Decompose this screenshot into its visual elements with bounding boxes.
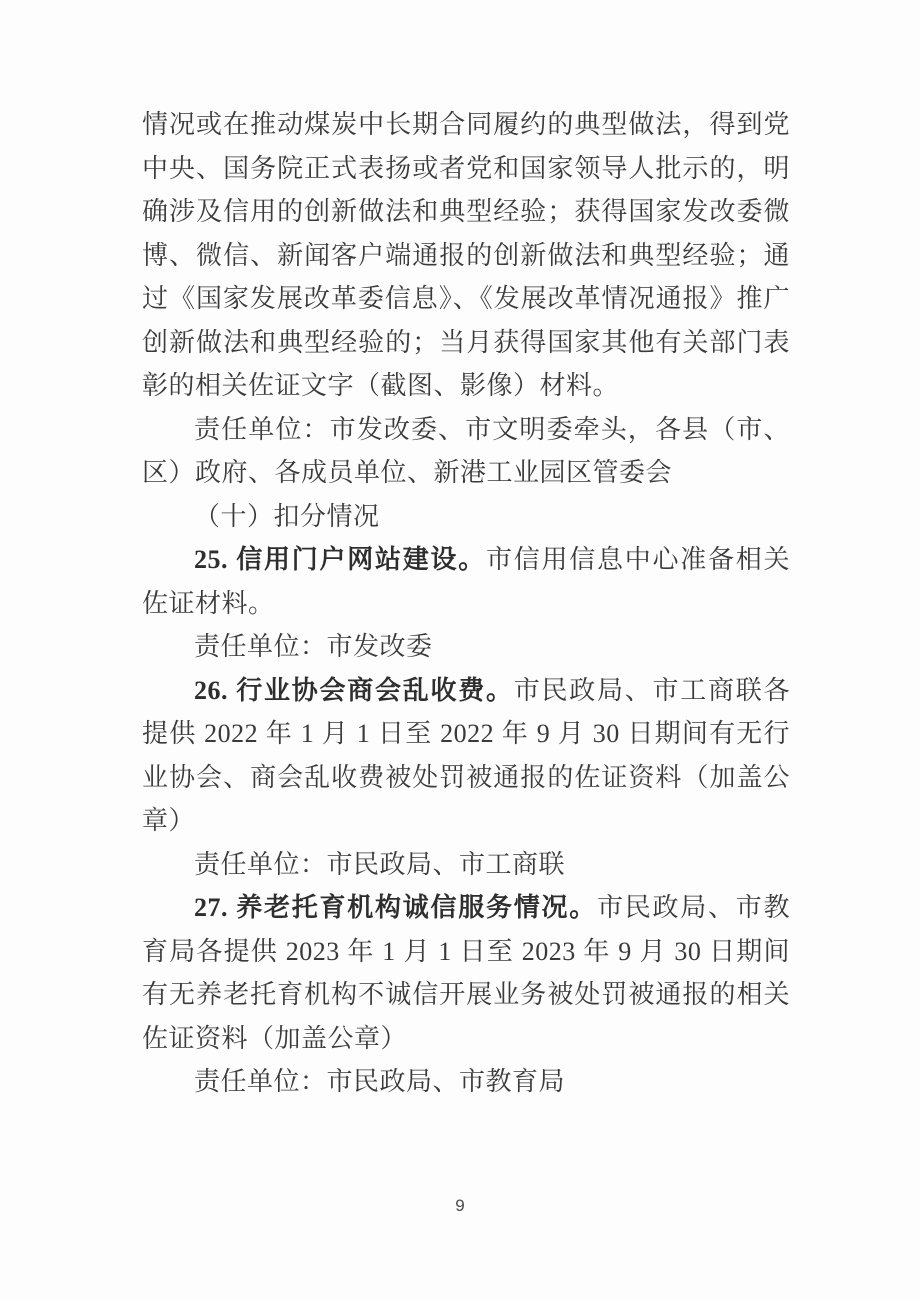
item-25-title: 25. 信用门户网站建设。	[194, 545, 486, 574]
paragraph-continuation: 情况或在推动煤炭中长期合同履约的典型做法，得到党中央、国务院正式表扬或者党和国家…	[142, 103, 790, 408]
responsibility-line-2: 责任单位：市发改委	[142, 625, 790, 669]
document-page: 情况或在推动煤炭中长期合同履约的典型做法，得到党中央、国务院正式表扬或者党和国家…	[0, 0, 920, 1301]
responsibility-line-3: 责任单位：市民政局、市工商联	[142, 843, 790, 887]
item-27: 27. 养老托育机构诚信服务情况。市民政局、市教育局各提供 2023 年 1 月…	[142, 886, 790, 1060]
page-number: 9	[0, 1196, 920, 1216]
item-26-title: 26. 行业协会商会乱收费。	[194, 676, 514, 705]
responsibility-line-4: 责任单位：市民政局、市教育局	[142, 1060, 790, 1104]
document-body: 情况或在推动煤炭中长期合同履约的典型做法，得到党中央、国务院正式表扬或者党和国家…	[142, 103, 790, 1104]
item-27-title: 27. 养老托育机构诚信服务情况。	[194, 893, 597, 922]
section-heading-deduction: （十）扣分情况	[142, 495, 790, 539]
item-26: 26. 行业协会商会乱收费。市民政局、市工商联各提供 2022 年 1 月 1 …	[142, 669, 790, 843]
item-25: 25. 信用门户网站建设。市信用信息中心准备相关佐证材料。	[142, 538, 790, 625]
responsibility-line-1: 责任单位：市发改委、市文明委牵头，各县（市、区）政府、各成员单位、新港工业园区管…	[142, 408, 790, 495]
